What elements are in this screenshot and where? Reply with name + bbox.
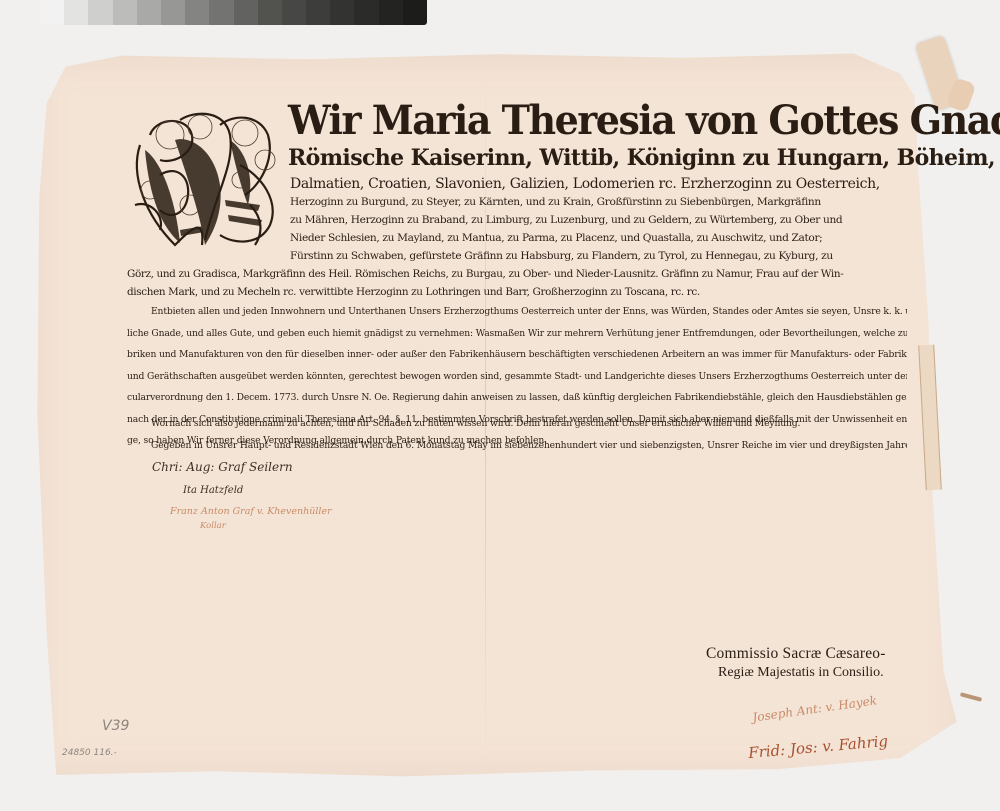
gray-swatch — [379, 0, 403, 25]
archive-number: 24850 116.- — [62, 748, 117, 758]
gray-swatch — [40, 0, 64, 25]
title-style-line-6: Görz, und zu Gradisca, Markgräfinn des H… — [127, 268, 843, 280]
gray-swatch — [137, 0, 161, 25]
gray-swatch — [330, 0, 354, 25]
gray-swatch — [403, 0, 427, 25]
title-style-line-3: zu Mähren, Herzoginn zu Braband, zu Limb… — [290, 214, 842, 226]
calligraphic-flourish-icon — [120, 105, 285, 255]
gray-swatch — [306, 0, 330, 25]
gray-swatch — [185, 0, 209, 25]
gray-swatch — [88, 0, 112, 25]
title-style-line-5: Fürstinn zu Schwaben, gefürstete Gräfinn… — [290, 250, 833, 262]
gray-swatch — [354, 0, 378, 25]
commissio-block: Commissio Sacræ Cæsareo- Regiæ Majestati… — [706, 644, 886, 682]
gray-swatch — [161, 0, 185, 25]
grayscale-calibration-strip — [40, 0, 427, 25]
decree-title: Wir Maria Theresia von Gottes Gnaden — [288, 96, 908, 143]
gray-swatch — [209, 0, 233, 25]
archive-shelfmark: V39 — [102, 718, 129, 734]
ornamental-initial-w — [120, 105, 285, 255]
gray-swatch — [282, 0, 306, 25]
signature-hatzfeld: Ita Hatzfeld — [183, 485, 243, 496]
gray-swatch — [64, 0, 88, 25]
closing-line: Wornach sich also jedermann zu achten, u… — [127, 413, 907, 435]
title-style-line-1: Dalmatien, Croatien, Slavonien, Galizien… — [290, 176, 880, 192]
string-tie — [960, 692, 982, 702]
gray-swatch — [234, 0, 258, 25]
title-style-line-4: Nieder Schlesien, zu Mayland, zu Mantua,… — [290, 232, 822, 244]
title-style-line-7: dischen Mark, und zu Mecheln rc. verwitt… — [127, 286, 700, 298]
body-line: liche Gnade, und alles Gute, und geben e… — [127, 323, 907, 345]
signature-seilern: Chri: Aug: Graf Seilern — [152, 460, 293, 474]
body-line: briken und Manufakturen von den für dies… — [127, 344, 907, 366]
title-style-line-2: Herzoginn zu Burgund, zu Steyer, zu Kärn… — [290, 196, 821, 208]
closing-line: Gegeben in Unsrer Haupt- und Residenzsta… — [127, 435, 907, 457]
gray-swatch — [113, 0, 137, 25]
gray-swatch — [258, 0, 282, 25]
commissio-line-1: Commissio Sacræ Cæsareo- — [706, 644, 886, 663]
body-line: cularverordnung den 1. Decem. 1773. durc… — [127, 387, 907, 409]
body-line: Entbieten allen und jeden Innwohnern und… — [127, 301, 907, 323]
body-line: und Geräthschaften ausgeübet werden könn… — [127, 366, 907, 388]
decree-closing: Wornach sich also jedermann zu achten, u… — [127, 413, 907, 456]
commissio-line-2: Regiæ Majestatis in Consilio. — [706, 663, 886, 682]
decree-subtitle: Römische Kaiserinn, Wittib, Königinn zu … — [288, 145, 908, 171]
signature-kollar: Kollar — [200, 521, 226, 531]
signature-khevenhueller: Franz Anton Graf v. Khevenhüller — [170, 506, 332, 517]
